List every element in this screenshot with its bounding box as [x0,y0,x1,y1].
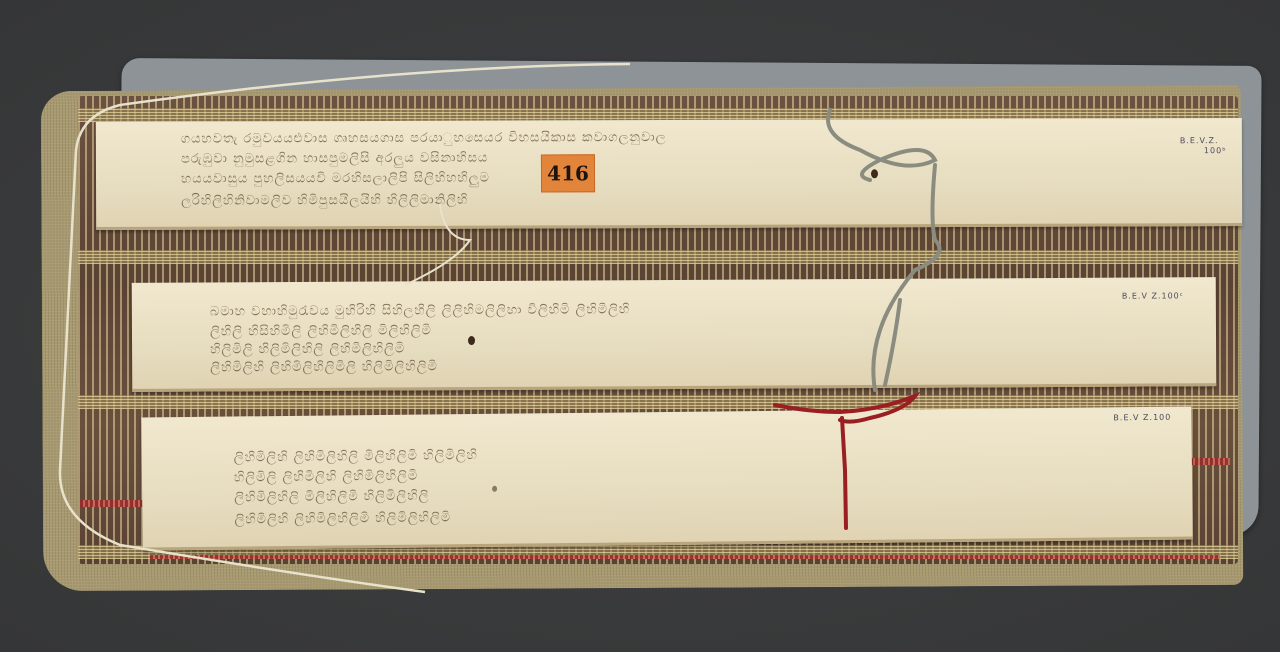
grey-binding-string [828,110,940,390]
red-binding-cord [775,396,915,528]
binding-strings [0,0,1280,652]
wrapping-cord [60,64,630,592]
cord-end [405,205,470,285]
manuscript-photo: ගයහවතැ රමුවයයළුවාස ගෘහසයගාස පරයාුහසෙයර ව… [0,0,1280,652]
